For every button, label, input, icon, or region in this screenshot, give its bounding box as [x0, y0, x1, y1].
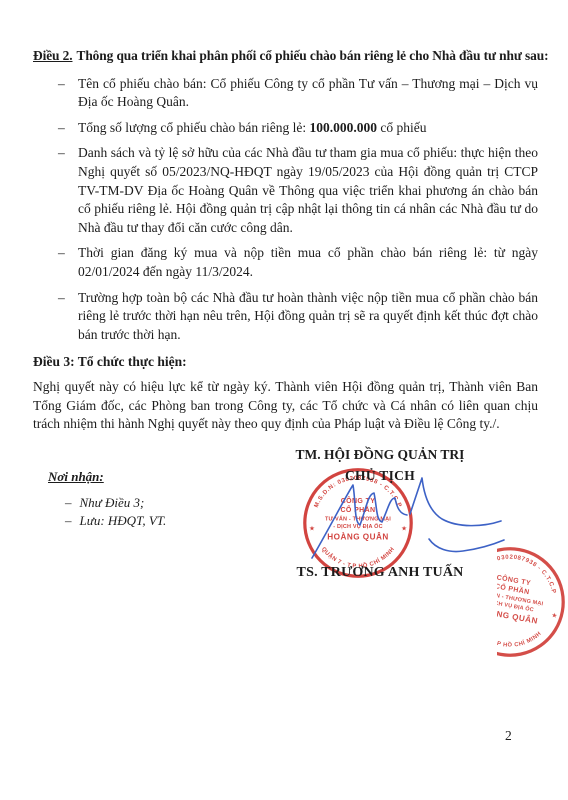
signature-stroke — [312, 485, 407, 558]
article-3-body: Nghị quyết này có hiệu lực kể từ ngày ký… — [33, 378, 538, 434]
bullet-dash: – — [65, 495, 72, 510]
recipients-label: Nơi nhận: — [48, 469, 166, 485]
recipient-item-2: –Lưu: HĐQT, VT. — [65, 512, 166, 530]
article-3-heading: Điều 3: Tổ chức thực hiện: — [33, 353, 538, 372]
bullet-dash: – — [65, 513, 72, 528]
document-body: Điều 2.Thông qua triển khai phân phối cổ… — [33, 47, 538, 434]
bullet-item-5: – Trường hợp toàn bộ các Nhà đầu tư hoàn… — [33, 289, 538, 345]
bullet-text: cổ phiếu — [377, 120, 427, 135]
signature-block: TM. HỘI ĐỒNG QUẢN TRỊ CHỦ TỊCH — [248, 446, 512, 484]
bullet-text: Tổng số lượng cổ phiếu chào bán riêng lẻ… — [78, 120, 310, 135]
bullet-dash: – — [58, 119, 65, 138]
recipient-text: Như Điều 3; — [80, 495, 145, 510]
bullet-item-2: – Tổng số lượng cổ phiếu chào bán riêng … — [33, 119, 538, 138]
bullet-dash: – — [58, 75, 65, 94]
bullet-text: Thời gian đăng ký mua và nộp tiền mua cổ… — [78, 245, 538, 279]
document-page: Điều 2.Thông qua triển khai phân phối cổ… — [0, 0, 568, 800]
bullet-item-3: – Danh sách và tỷ lệ sở hữu của các Nhà … — [33, 144, 538, 237]
article-2-heading: Điều 2.Thông qua triển khai phân phối cổ… — [33, 47, 538, 66]
recipients-block: Nơi nhận: –Như Điều 3; –Lưu: HĐQT, VT. — [48, 469, 166, 529]
recipient-item-1: –Như Điều 3; — [65, 494, 166, 512]
page-number: 2 — [505, 728, 512, 744]
share-quantity: 100.000.000 — [310, 120, 378, 135]
signer-name: TS. TRƯƠNG ANH TUẤN — [248, 565, 512, 581]
recipient-text: Lưu: HĐQT, VT. — [80, 513, 167, 528]
signature-stroke — [429, 539, 504, 552]
recipients-list: –Như Điều 3; –Lưu: HĐQT, VT. — [65, 494, 166, 529]
article-2-label: Điều 2. — [33, 48, 72, 63]
signature-stroke — [410, 478, 501, 526]
signature-role: CHỦ TỊCH — [248, 467, 512, 484]
signature-on-behalf: TM. HỘI ĐỒNG QUẢN TRỊ — [248, 446, 512, 463]
article-2-title: Thông qua triển khai phân phối cổ phiếu … — [76, 48, 548, 63]
bullet-text: Danh sách và tỷ lệ sở hữu của các Nhà đầ… — [78, 145, 538, 234]
bullet-item-1: – Tên cổ phiếu chào bán: Cổ phiếu Công t… — [33, 75, 538, 112]
bullet-text: Tên cổ phiếu chào bán: Cổ phiếu Công ty … — [78, 76, 538, 110]
bullet-item-4: – Thời gian đăng ký mua và nộp tiền mua … — [33, 244, 538, 281]
article-3-label: Điều 3 — [33, 354, 70, 369]
bullet-dash: – — [58, 244, 65, 263]
bullet-text: Trường hợp toàn bộ các Nhà đầu tư hoàn t… — [78, 290, 538, 342]
article-2-bullet-list: – Tên cổ phiếu chào bán: Cổ phiếu Công t… — [33, 75, 538, 345]
article-3-title: Tổ chức thực hiện: — [75, 354, 187, 369]
star-icon: ★ — [551, 612, 558, 620]
bullet-dash: – — [58, 144, 65, 163]
bullet-dash: – — [58, 289, 65, 308]
